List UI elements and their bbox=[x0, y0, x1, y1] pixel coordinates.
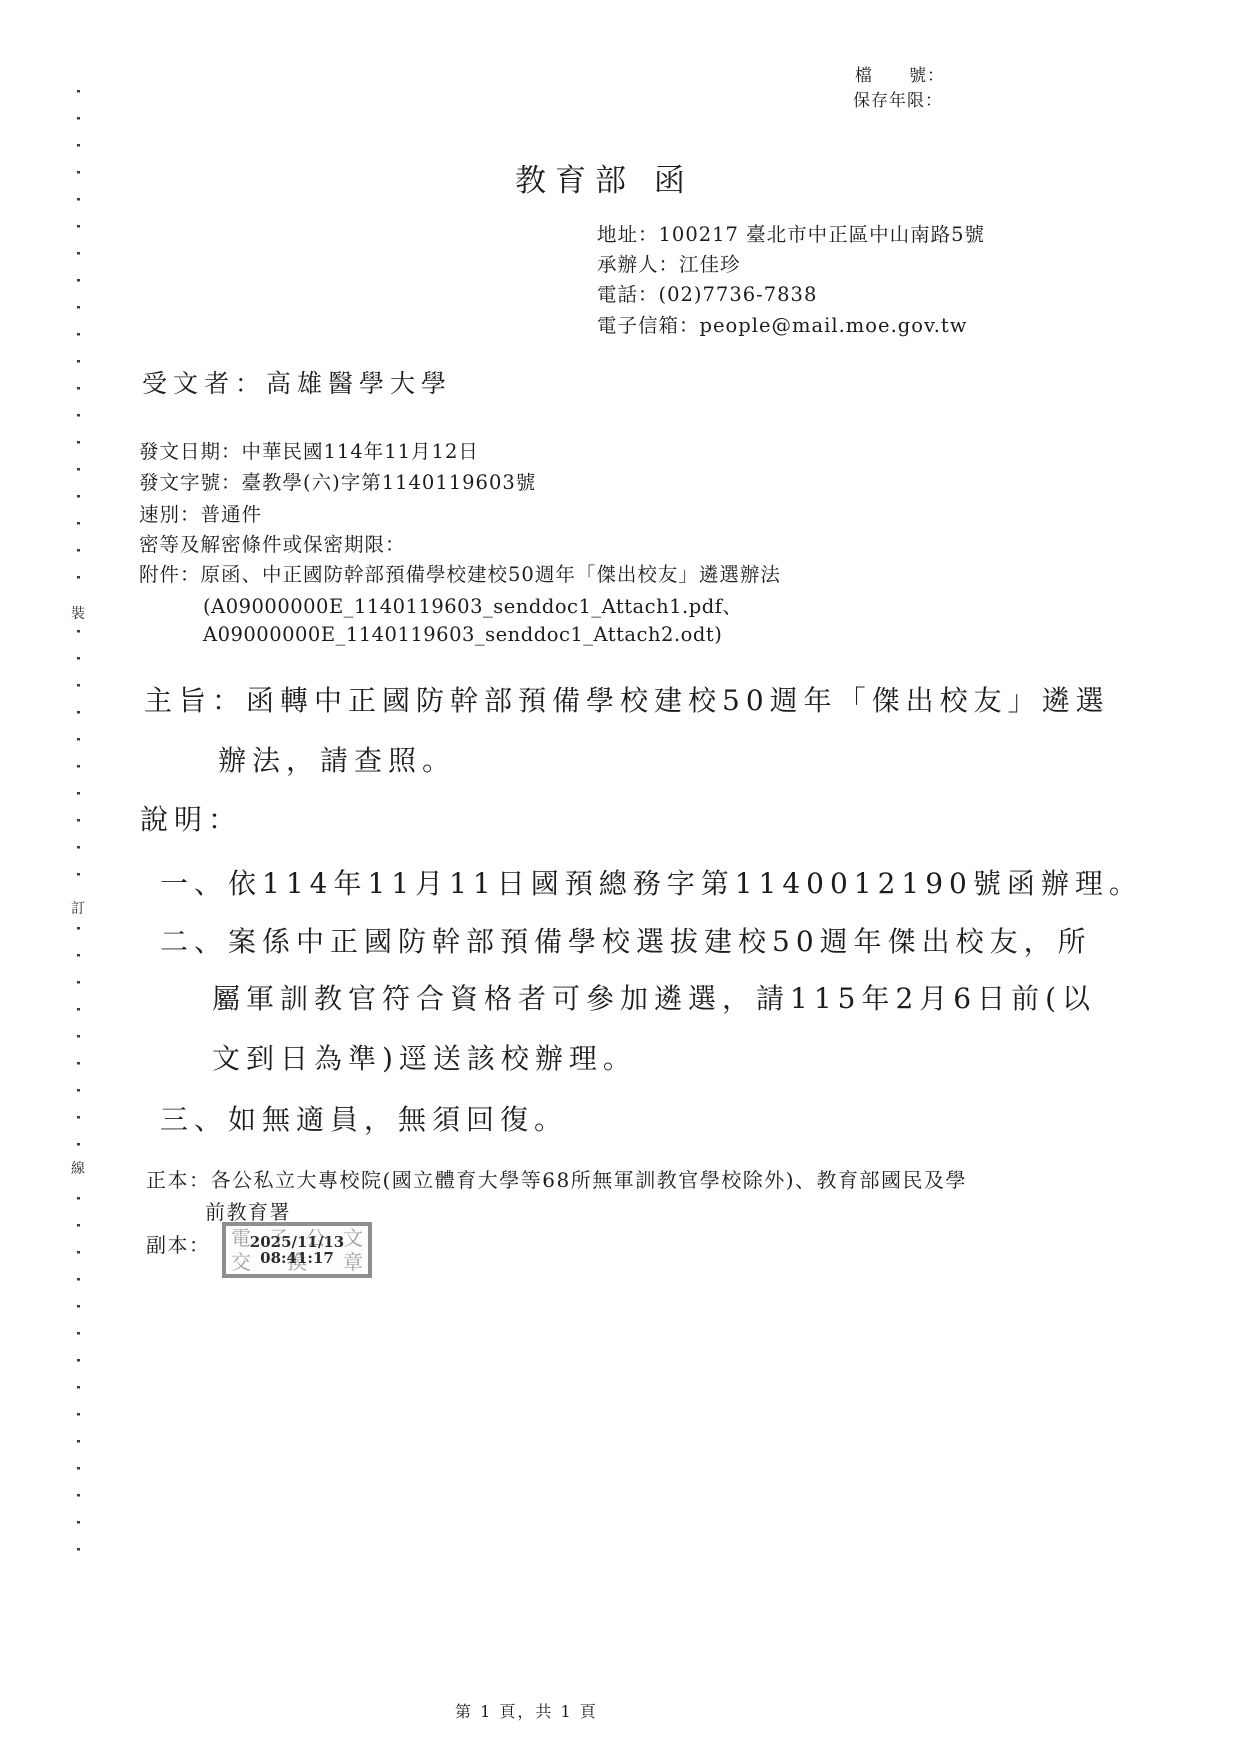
subject-line-1: 主旨：函轉中正國防幹部預備學校建校50週年「傑出校友」遴選 bbox=[144, 679, 1110, 719]
explanation-item-2-line2: 屬軍訓教官符合資格者可參加遴選，請115年2月6日前(以 bbox=[212, 977, 1096, 1017]
retention-period-label: 保存年限： bbox=[853, 89, 943, 114]
attachment-file-1: (A09000000E_1140119603_senddoc1_Attach1.… bbox=[203, 591, 742, 619]
copy-recipients-label: 副本： bbox=[146, 1229, 211, 1258]
issue-date-line: 發文日期：中華民國114年11月12日 bbox=[139, 436, 479, 464]
original-recipients-line-1: 正本：各公私立大專校院(國立體育大學等68所無軍訓教官學校除外)、教育部國民及學 bbox=[146, 1164, 967, 1193]
document-title: 教育部 函 bbox=[515, 155, 694, 200]
file-number-label: 檔 號： bbox=[855, 64, 945, 89]
doc-number-line: 發文字號：臺教學(六)字第1140119603號 bbox=[139, 467, 536, 495]
security-line: 密等及解密條件或保密期限： bbox=[139, 529, 406, 557]
subject-line-2: 辦法，請查照。 bbox=[218, 739, 456, 779]
official-letter-page: 裝 訂 線 檔 號： 保存年限： 教育部 函 地址：100217 臺北市中正區中… bbox=[0, 0, 1241, 1754]
sender-address: 地址：100217 臺北市中正區中山南路5號 bbox=[597, 219, 985, 247]
stamp-datetime: 2025/11/13 08:41:17 bbox=[226, 1234, 368, 1266]
page-number-footer: 第 1 頁，共 1 頁 bbox=[455, 1699, 598, 1722]
sender-email: 電子信箱：people@mail.moe.gov.tw bbox=[597, 310, 967, 338]
electronic-exchange-stamp: 電子公文 交換章 2025/11/13 08:41:17 bbox=[222, 1222, 372, 1278]
binding-mark-xian: 線 bbox=[68, 1153, 88, 1183]
explanation-item-3: 三、如無適員，無須回復。 bbox=[160, 1098, 568, 1138]
sender-contact-person: 承辦人：江佳珍 bbox=[597, 249, 741, 277]
stamp-time: 08:41:17 bbox=[226, 1250, 368, 1266]
binding-mark-ding: 訂 bbox=[68, 893, 88, 923]
explanation-item-2-line1: 二、案係中正國防幹部預備學校選拔建校50週年傑出校友，所 bbox=[160, 920, 1092, 960]
speed-line: 速別：普通件 bbox=[139, 499, 262, 527]
binding-mark-zhuang: 裝 bbox=[68, 598, 88, 628]
original-recipients-line-2: 前教育署 bbox=[205, 1196, 291, 1225]
explanation-heading: 說明： bbox=[140, 798, 242, 838]
recipient-line: 受文者：高雄醫學大學 bbox=[142, 364, 452, 400]
explanation-item-2-line3: 文到日為準)逕送該校辦理。 bbox=[212, 1037, 637, 1077]
attachment-file-2: A09000000E_1140119603_senddoc1_Attach2.o… bbox=[203, 623, 722, 646]
explanation-item-1: 一、依114年11月11日國預總務字第1140012190號函辦理。 bbox=[160, 862, 1143, 902]
binding-dotted-line bbox=[77, 90, 80, 1560]
attachment-line: 附件：原函、中正國防幹部預備學校建校50週年「傑出校友」遴選辦法 bbox=[139, 559, 781, 587]
sender-phone: 電話：(02)7736-7838 bbox=[597, 279, 817, 307]
stamp-date: 2025/11/13 bbox=[226, 1234, 368, 1250]
